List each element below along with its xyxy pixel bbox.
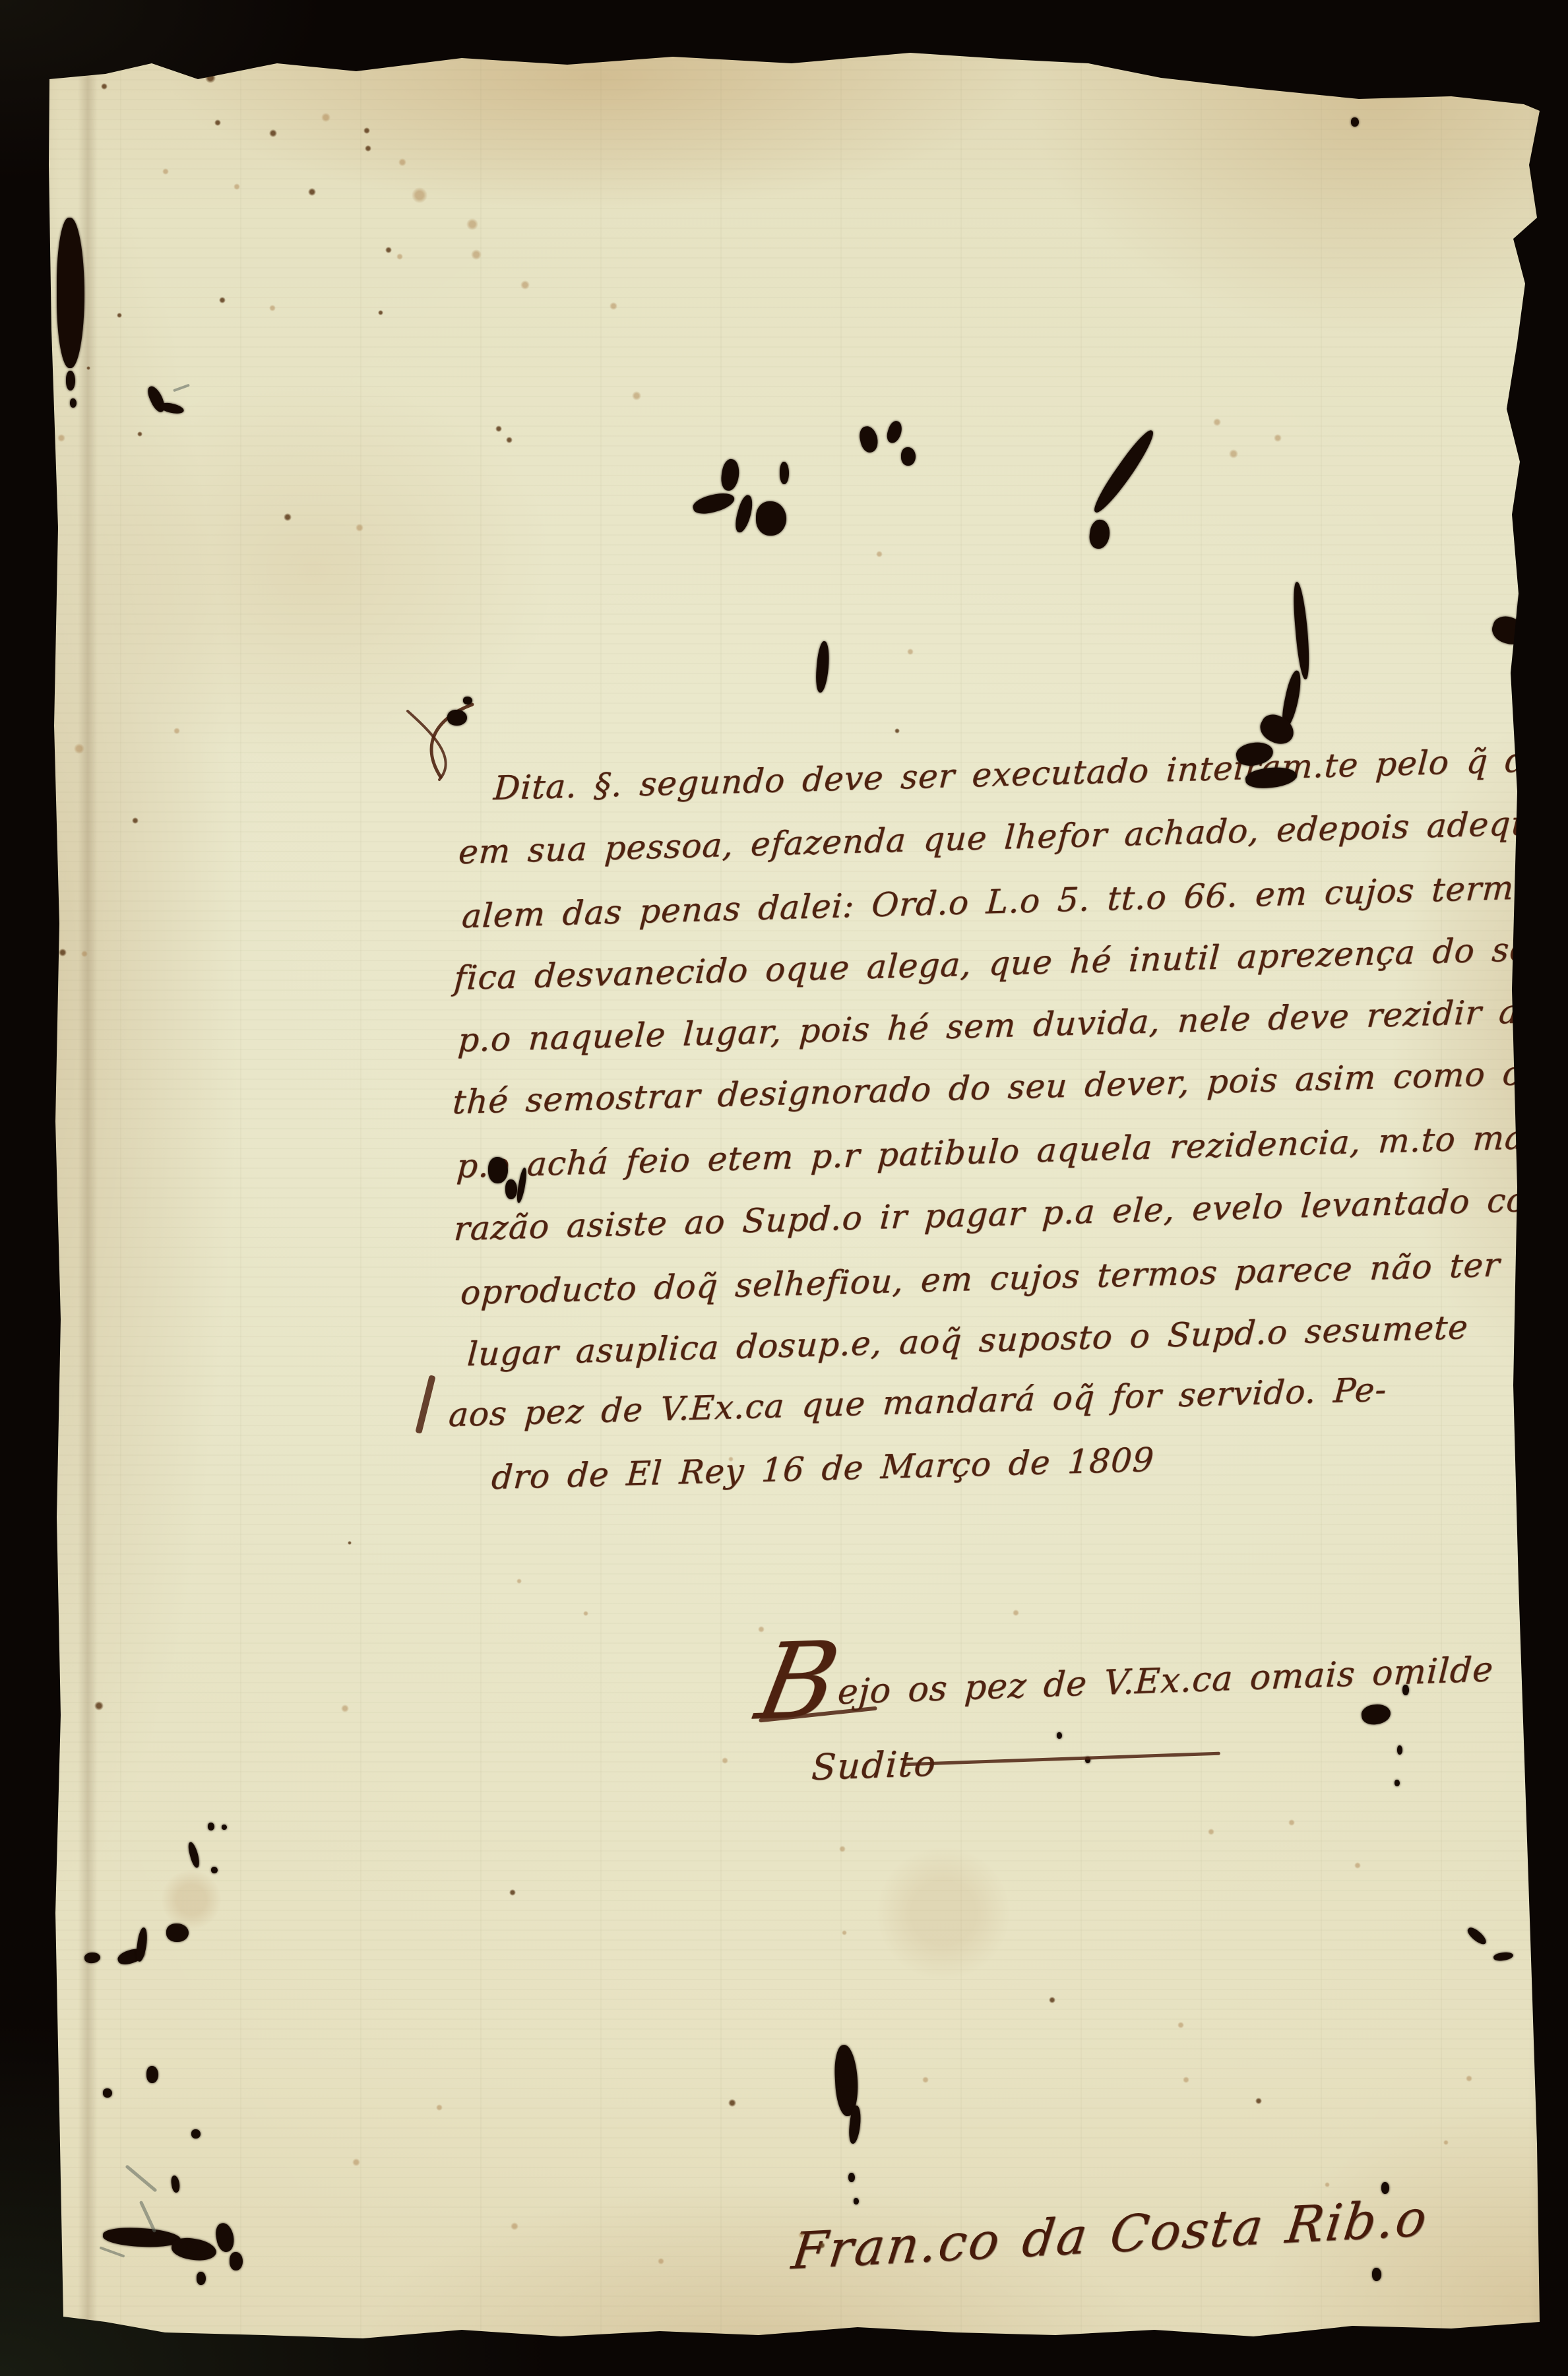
foxing-spot <box>356 524 363 532</box>
ink-blot <box>463 697 472 704</box>
foxing-spot <box>269 305 276 311</box>
foxing-spot <box>722 1757 728 1764</box>
foxing-spot <box>81 951 88 957</box>
foxing-spot <box>74 743 84 754</box>
foxing-spot <box>57 434 65 442</box>
foxing-spot <box>269 129 277 137</box>
foxing-spot <box>1466 2075 1472 2082</box>
ink-blot <box>1351 117 1359 127</box>
ink-blot <box>1517 578 1563 656</box>
ink-blot <box>1544 1967 1566 2004</box>
foxing-spot <box>1443 2140 1449 2145</box>
foxing-spot <box>284 513 292 521</box>
ink-blot <box>1381 2182 1389 2194</box>
foxing-spot <box>658 2258 664 2265</box>
ink-blot <box>191 2129 201 2139</box>
ink-blot <box>780 462 789 484</box>
foxing-spot <box>583 1611 588 1616</box>
foxing-spot <box>436 2104 443 2111</box>
foxing-spot <box>378 310 383 315</box>
manuscript-page: Dita. §. segundo deve ser executado inte… <box>0 0 1568 2376</box>
ink-blot <box>222 1825 227 1830</box>
foxing-spot <box>1208 1829 1214 1835</box>
ink-blot <box>488 1157 508 1183</box>
closing-initial: B <box>760 1680 837 1683</box>
foxing-spot <box>1354 1862 1361 1869</box>
ink-blot <box>505 1179 517 1199</box>
foxing-spot <box>59 949 67 956</box>
foxing-spot <box>363 127 370 134</box>
ink-blot <box>1372 2268 1381 2281</box>
ink-blot <box>146 2066 158 2083</box>
foxing-spot <box>1274 434 1282 442</box>
foxing-spot <box>798 2232 805 2238</box>
foxing-spot <box>94 1701 104 1710</box>
foxing-spot <box>471 249 482 260</box>
ink-blot <box>1397 1745 1402 1755</box>
foxing-spot <box>1013 1610 1019 1616</box>
foxing-spot <box>728 2099 736 2107</box>
foxing-spot <box>348 1541 352 1545</box>
photo-background: Dita. §. segundo deve ser executado inte… <box>0 0 1568 2376</box>
ink-blot <box>901 447 916 466</box>
foxing-spot <box>352 2158 360 2166</box>
ink-blot <box>66 371 75 391</box>
foxing-spot <box>839 1846 846 1852</box>
foxing-spot <box>842 1930 847 1935</box>
foxing-spot <box>632 391 641 400</box>
foxing-spot <box>205 73 216 83</box>
ink-blot <box>70 398 77 408</box>
foxing-spot <box>511 2222 518 2230</box>
foxing-spot <box>398 158 406 166</box>
ink-blot <box>208 1823 214 1830</box>
foxing-spot <box>894 728 900 734</box>
foxing-spot <box>907 648 914 655</box>
foxing-spot <box>1288 1819 1295 1826</box>
foxing-spot <box>728 1456 734 1462</box>
ink-blot <box>854 2198 859 2204</box>
foxing-spot <box>214 119 221 126</box>
foxing-spot <box>412 187 427 203</box>
foxing-spot <box>1183 2077 1189 2083</box>
foxing-spot <box>466 218 478 230</box>
ink-blot <box>756 501 786 536</box>
foxing-spot <box>117 313 122 318</box>
foxing-spot <box>876 551 883 557</box>
ink-blot <box>230 2252 243 2270</box>
foxing-spot <box>321 113 330 122</box>
foxing-spot <box>1049 1997 1055 2003</box>
foxing-spot <box>396 253 403 260</box>
foxing-spot <box>385 247 392 253</box>
ink-blot <box>1402 1685 1409 1695</box>
foxing-spot <box>101 83 108 90</box>
foxing-spot <box>132 817 139 824</box>
foxing-spot <box>506 437 513 443</box>
foxing-spot <box>509 1889 516 1896</box>
foxing-spot <box>234 183 240 190</box>
foxing-spot <box>520 280 530 290</box>
foxing-spot <box>922 2077 929 2083</box>
foxing-spot <box>365 145 371 152</box>
foxing-spot <box>758 1626 765 1633</box>
foxing-spot <box>219 297 226 303</box>
paragraph-flourish-mark <box>404 701 478 782</box>
foxing-spot <box>173 728 180 734</box>
ink-blot <box>1057 1732 1062 1739</box>
foxing-spot <box>495 425 502 432</box>
ink-blot <box>103 2088 112 2098</box>
foxing-spot <box>1325 2182 1330 2187</box>
ink-blot <box>1395 1780 1400 1786</box>
foxing-spot <box>819 2242 825 2249</box>
foxing-spot <box>517 1579 522 1584</box>
foxing-spot <box>1213 418 1221 426</box>
ink-blot <box>197 2272 206 2285</box>
foxing-spot <box>341 1704 349 1712</box>
foxing-spot <box>308 188 316 196</box>
foxing-spot <box>1507 397 1515 405</box>
ink-blot <box>447 710 467 726</box>
foxing-spot <box>1229 449 1238 458</box>
ink-blot <box>848 2173 855 2182</box>
foxing-spot <box>162 168 169 175</box>
foxing-spot <box>86 366 90 370</box>
foxing-spot <box>610 302 617 310</box>
foxing-spot <box>137 431 142 437</box>
foxing-spot <box>877 1847 1009 1979</box>
foxing-spot <box>1177 2022 1184 2028</box>
ink-blot <box>211 1867 218 1873</box>
foxing-spot <box>1255 2098 1262 2104</box>
ink-blot <box>57 218 84 368</box>
foxing-spot <box>162 1870 221 1929</box>
